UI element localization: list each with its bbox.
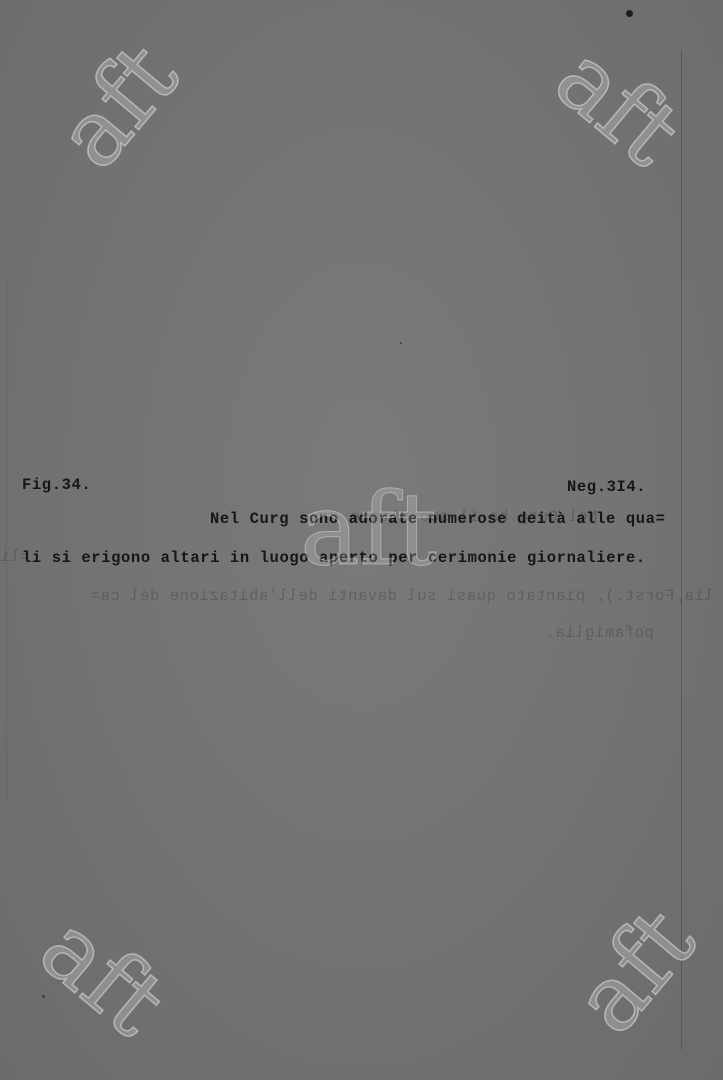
scanned-page: Nel Curg ha il suo altare =li lia,Forst.… <box>0 0 723 1080</box>
watermark-center: aft <box>300 480 437 580</box>
watermark-top-left: aft <box>42 28 193 184</box>
bleed-through-line: lia,Forst.), piantato quasi sul davanti … <box>90 587 714 605</box>
page-edge-line <box>681 50 682 1050</box>
negative-label: Neg.3I4. <box>567 478 646 496</box>
page-edge-line-left <box>6 280 7 800</box>
figure-label: Fig.34. <box>22 476 91 494</box>
bleed-through-line: pofamiglia. <box>545 624 654 642</box>
watermark-bottom-left: aft <box>25 900 181 1051</box>
watermark-bottom-right: aft <box>559 893 710 1049</box>
dust-speck <box>400 342 402 344</box>
dust-speck <box>626 10 633 17</box>
caption-line-1: Nel Curg sono adorate numerose deità all… <box>210 510 665 528</box>
watermark-top-right: aft <box>540 30 696 181</box>
